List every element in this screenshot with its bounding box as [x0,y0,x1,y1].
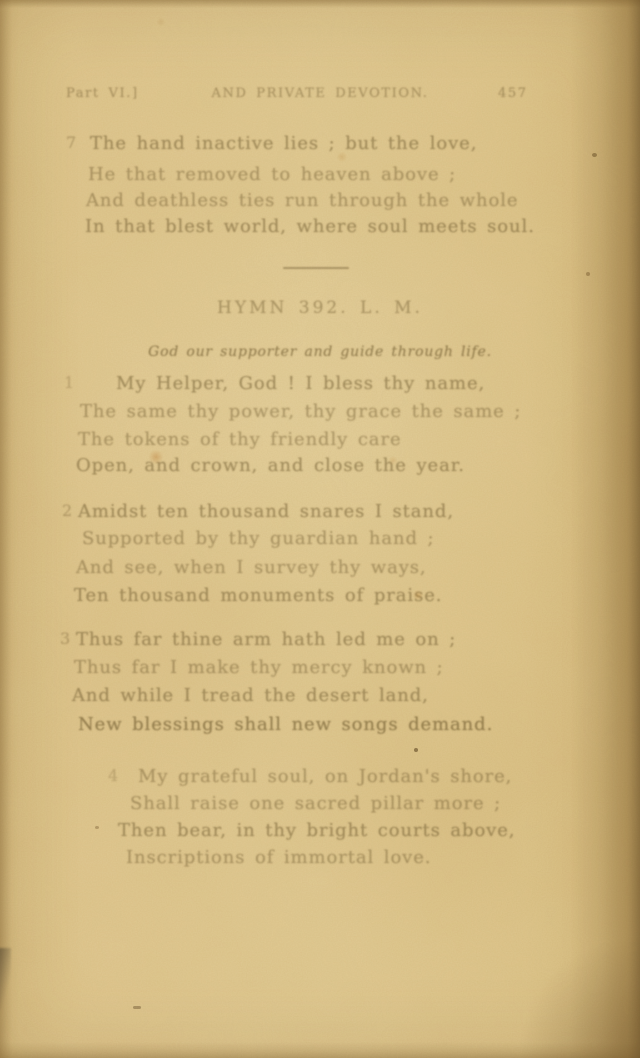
ghost-text-line: The same thy power, thy grace the same ; [80,403,521,421]
foxing-spot [156,18,166,26]
ghost-verse-number: 4 [108,768,119,784]
ghost-text-line: Thus far thine arm hath led me on ; [76,631,456,649]
scanned-page: Part VI.] AND PRIVATE DEVOTION. 457 7 Th… [0,0,640,1058]
foxing-spot [388,456,398,465]
page-edge-top-shadow [0,0,640,8]
ghost-text-line: Open, and crown, and close the year. [76,457,465,475]
ghost-text-line: My Helper, God ! I bless thy name, [116,375,485,393]
ghost-text-line: Ten thousand monuments of praise. [74,587,442,605]
ghost-text-line: Thus far I make thy mercy known ; [74,659,444,677]
running-header-part: Part VI.] [66,87,139,100]
ghost-verse-number: 1 [64,375,75,391]
ghost-text-line: Inscriptions of immortal love. [126,849,431,867]
ghost-verse-number: 2 [62,503,73,519]
ghost-text-line: And see, when I survey thy ways, [76,559,427,577]
foxing-spot [336,152,348,162]
ghost-verse-number: 3 [60,631,71,647]
ghost-text-line: The tokens of thy friendly care [78,431,402,449]
ghost-text-line: Then bear, in thy bright courts above, [118,822,515,840]
foxing-spot [412,590,424,600]
page-corner-shadow-bottom-left [0,948,11,1010]
page-edge-left-shadow [0,0,12,1058]
page-edge-right-shadow [570,0,640,1058]
page-corner-shadow-bottom-right [520,938,640,1058]
ghost-verse-number: 7 [66,135,77,151]
ghost-hymn-heading: HYMN 392. L. M. [217,300,423,317]
ink-speck [414,748,418,752]
ghost-text-line: He that removed to heaven above ; [88,166,456,184]
ghost-text-line: Amidst ten thousand snares I stand, [78,503,454,521]
ghost-text-line: Shall raise one sacred pillar more ; [130,795,501,813]
hymn-separator-rule [283,267,349,269]
ghost-text-line: My grateful soul, on Jordan's shore, [138,768,512,786]
ghost-text-line: And while I tread the desert land, [72,687,429,705]
ink-speck [95,826,99,829]
foxing-spot [148,450,164,464]
ghost-text-line: New blessings shall new songs demand. [78,716,493,734]
show-through-text-layer: Part VI.] AND PRIVATE DEVOTION. 457 7 Th… [0,0,640,1058]
ghost-text-line: Supported by thy guardian hand ; [82,530,434,548]
running-header-page-number: 457 [498,87,528,100]
ghost-hymn-caption: God our supporter and guide through life… [148,345,492,359]
ink-speck [133,1006,141,1009]
ghost-text-line: In that blest world, where soul meets so… [85,218,535,236]
running-header-title: AND PRIVATE DEVOTION. [212,87,429,100]
ghost-text-line: And deathless ties run through the whole [86,192,518,210]
ghost-text-line: The hand inactive lies ; but the love, [90,135,477,153]
